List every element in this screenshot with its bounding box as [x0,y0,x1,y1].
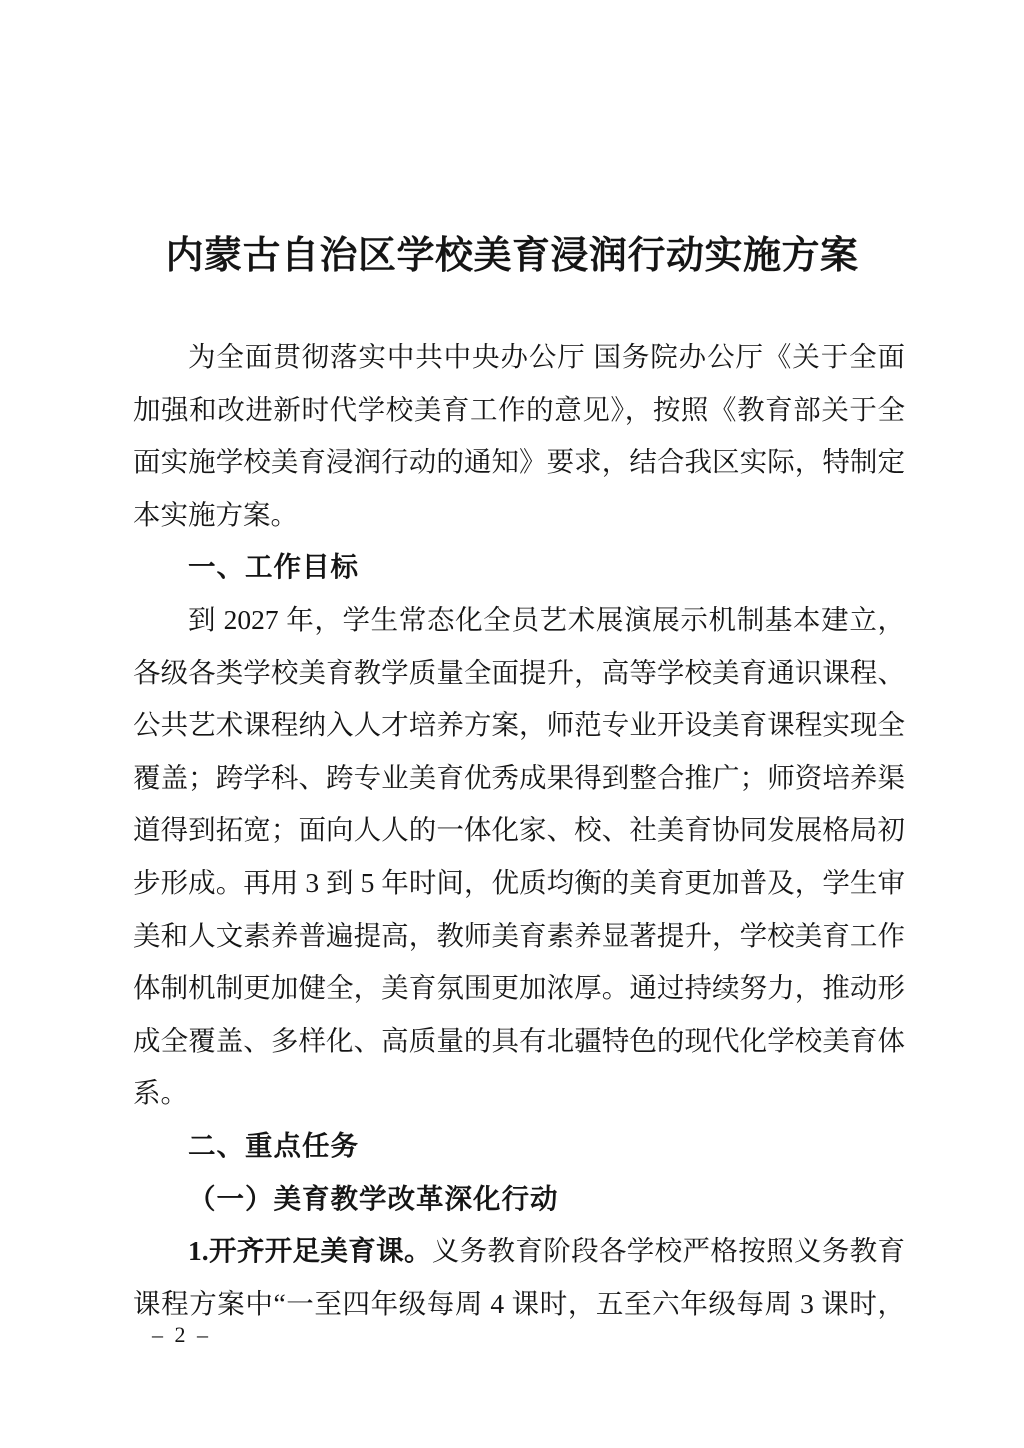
section-1-heading: 一、工作目标 [133,541,905,594]
section-1-paragraph: 到 2027 年，学生常态化全员艺术展演展示机制基本建立，各级各类学校美育教学质… [133,594,905,1120]
intro-paragraph: 为全面贯彻落实中共中央办公厅 国务院办公厅《关于全面加强和改进新时代学校美育工作… [133,331,905,541]
page-number: – 2 – [152,1322,211,1348]
section-2-sub-heading: （一）美育教学改革深化行动 [133,1173,905,1226]
document-page: 内蒙古自治区学校美育浸润行动实施方案 为全面贯彻落实中共中央办公厅 国务院办公厅… [0,0,1024,1448]
section-2-heading: 二、重点任务 [133,1120,905,1173]
document-body: 为全面贯彻落实中共中央办公厅 国务院办公厅《关于全面加强和改进新时代学校美育工作… [133,331,905,1330]
task-item-lead: 1.开齐开足美育课。 [188,1235,432,1266]
document-title: 内蒙古自治区学校美育浸润行动实施方案 [0,224,1024,279]
task-item-paragraph: 1.开齐开足美育课。义务教育阶段各学校严格按照义务教育课程方案中“一至四年级每周… [133,1225,905,1330]
